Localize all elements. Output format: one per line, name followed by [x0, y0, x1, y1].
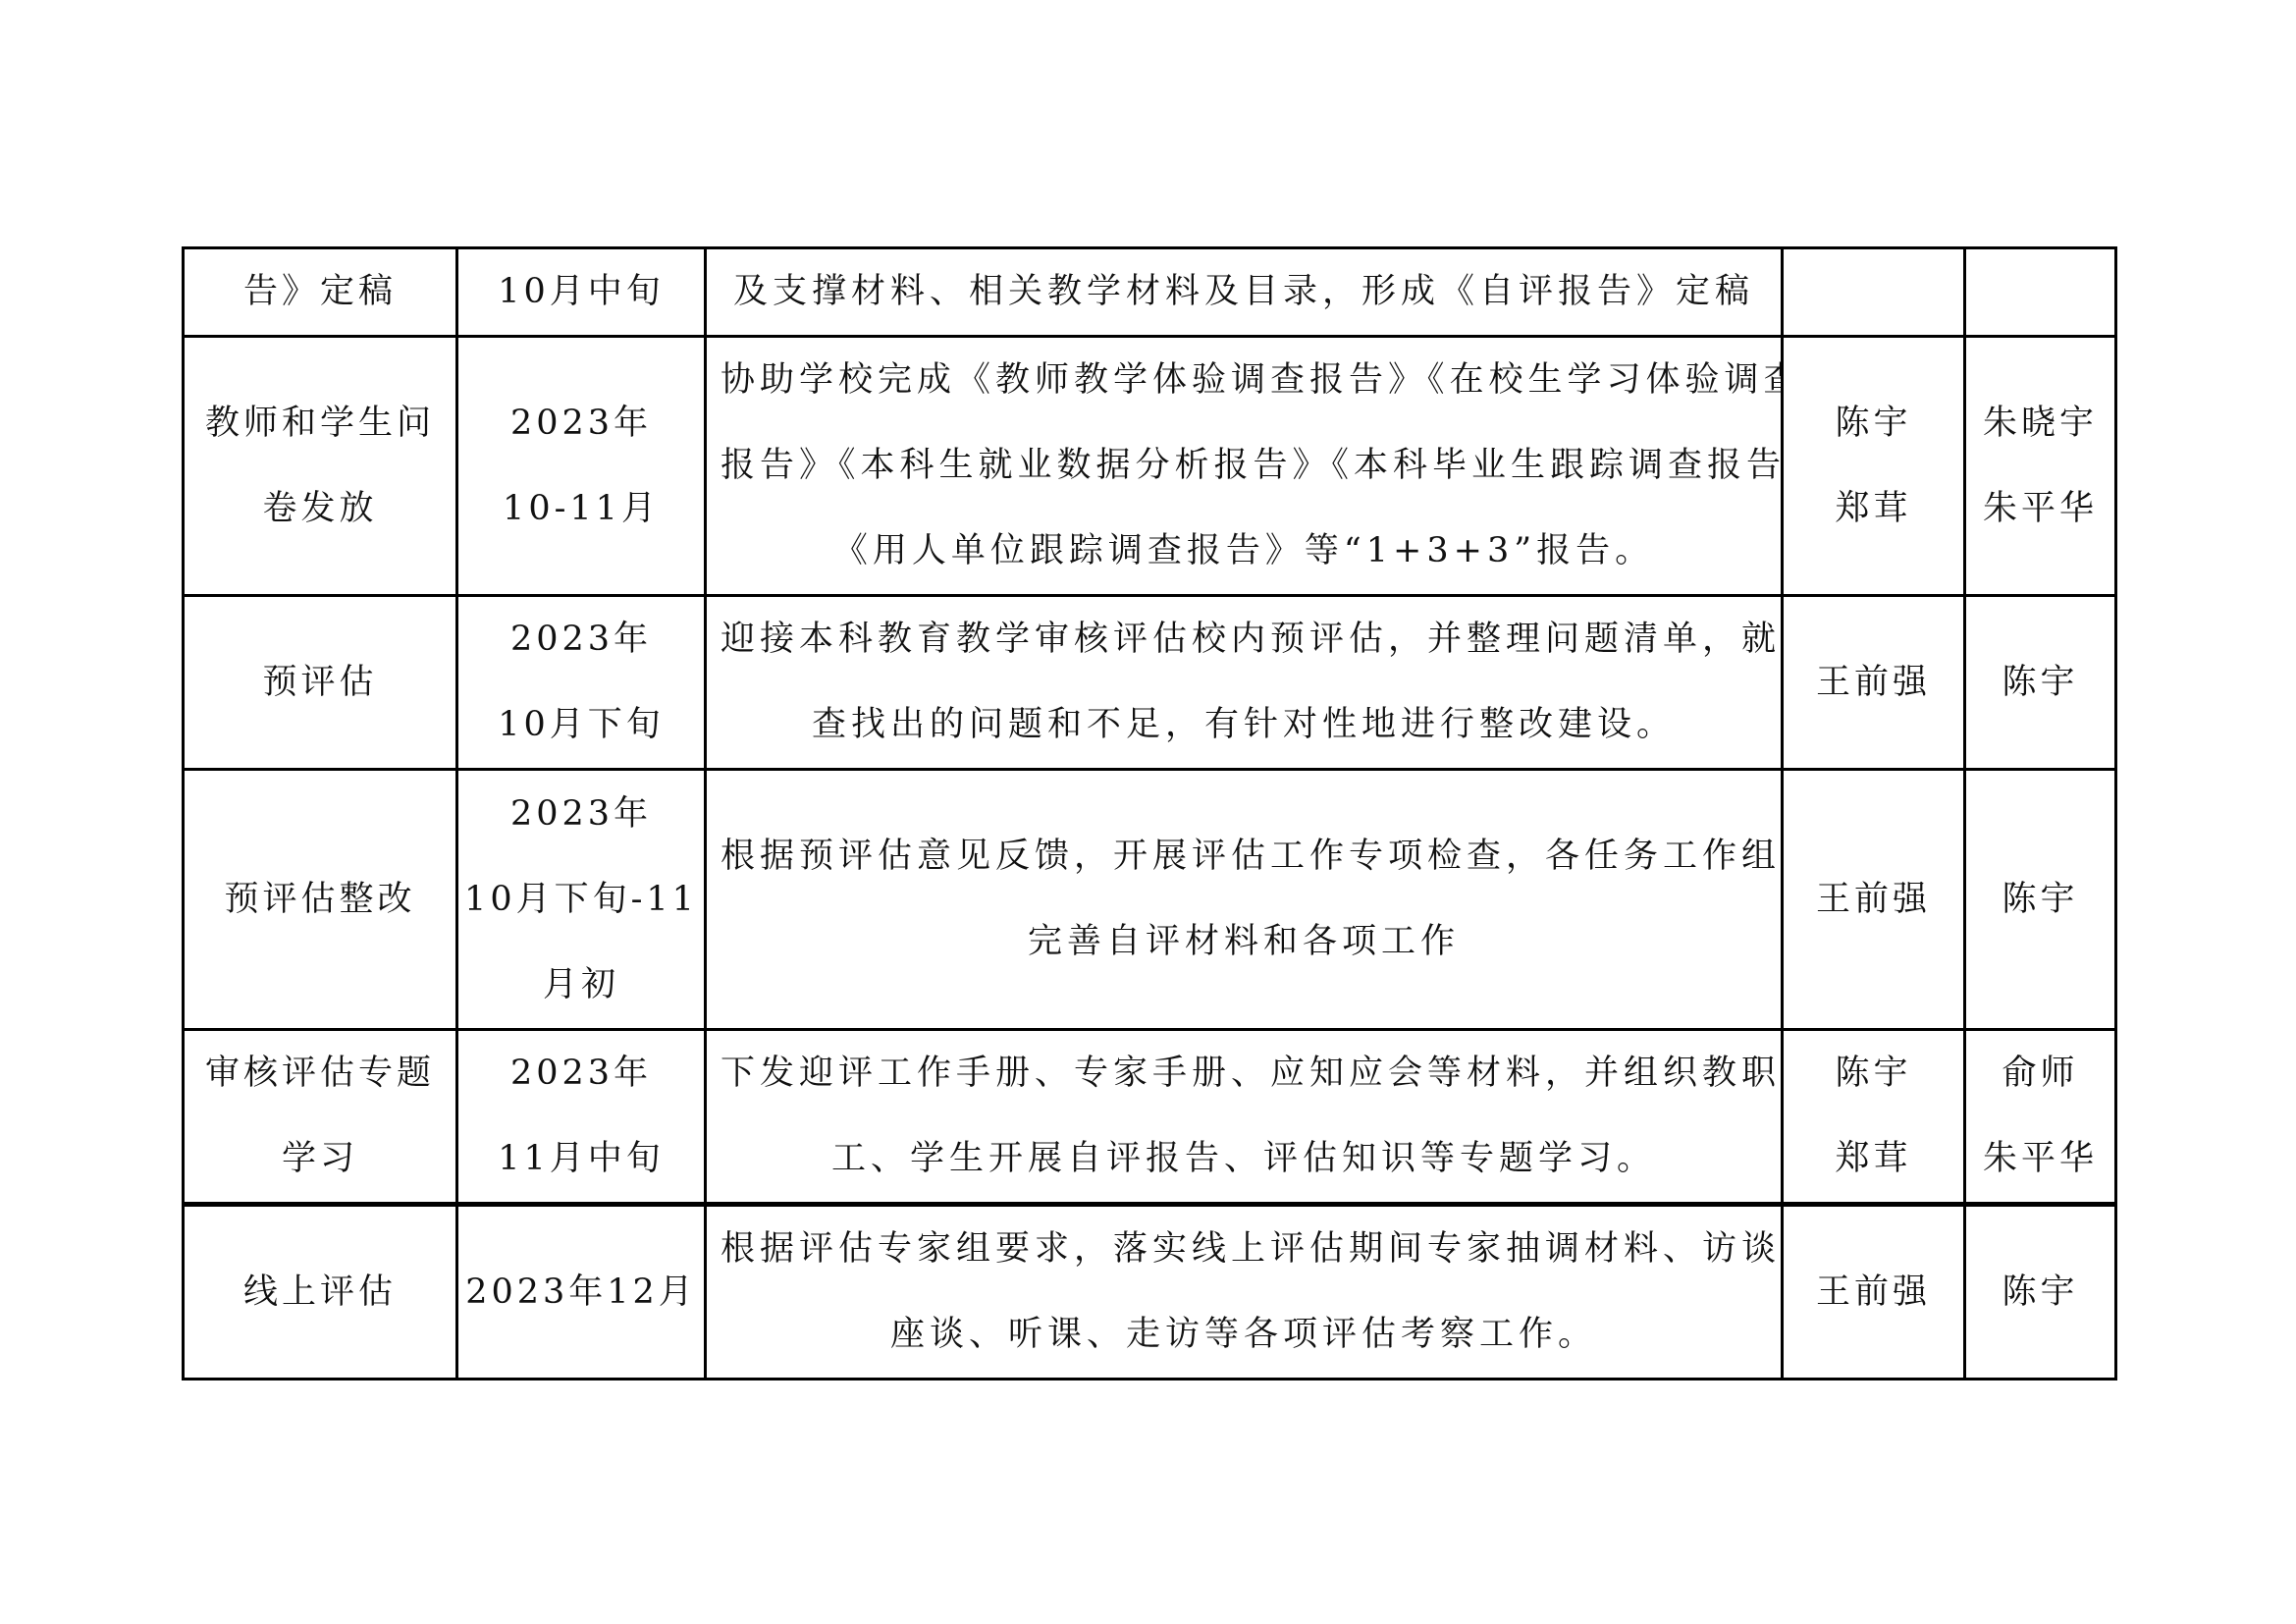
- supervisor-cell: 陈宇: [1965, 1205, 2116, 1380]
- description-text: 根据预评估意见反馈，开展评估工作专项检查，各任务工作组: [721, 814, 1767, 899]
- lead-name: 郑茸: [1789, 1116, 1957, 1202]
- schedule-table: 告》定稿 10月中旬 及支撑材料、相关教学材料及目录，形成《自评报告》定稿 教师…: [182, 246, 2117, 1380]
- lead-name: 陈宇: [1789, 381, 1957, 466]
- table-row: 审核评估专题 学习 2023年 11月中旬 下发迎评工作手册、专家手册、应知应会…: [184, 1030, 2116, 1205]
- supervisor-name: 朱晓宇: [1972, 381, 2109, 466]
- description-text: 协助学校完成《教师教学体验调查报告》《在校生学习体验调查: [721, 338, 1767, 423]
- task-cell: 审核评估专题 学习: [184, 1030, 457, 1205]
- task-text: 告》定稿: [190, 249, 450, 335]
- task-text: 预评估整改: [190, 857, 450, 943]
- time-text: 10月中旬: [464, 249, 698, 335]
- supervisor-name: 朱平华: [1972, 466, 2109, 552]
- time-text: 10-11月: [464, 466, 698, 552]
- task-cell: 告》定稿: [184, 248, 457, 337]
- lead-name: 陈宇: [1789, 1031, 1957, 1116]
- lead-name: 王前强: [1789, 857, 1957, 943]
- supervisor-cell: [1965, 248, 2116, 337]
- task-text: 教师和学生问: [190, 381, 450, 466]
- lead-name: 王前强: [1789, 1250, 1957, 1335]
- task-cell: 预评估: [184, 596, 457, 770]
- time-text: 月初: [464, 943, 698, 1028]
- table-row: 线上评估 2023年12月 根据评估专家组要求，落实线上评估期间专家抽调材料、访…: [184, 1205, 2116, 1380]
- task-cell: 预评估整改: [184, 770, 457, 1030]
- description-cell: 迎接本科教育教学审核评估校内预评估，并整理问题清单，就 查找出的问题和不足，有针…: [706, 596, 1783, 770]
- lead-cell: 陈宇 郑茸: [1783, 1030, 1965, 1205]
- description-text: 座谈、听课、走访等各项评估考察工作。: [721, 1292, 1767, 1378]
- time-cell: 10月中旬: [457, 248, 706, 337]
- task-text: 审核评估专题: [190, 1031, 450, 1116]
- time-text: 2023年: [464, 381, 698, 466]
- description-cell: 根据评估专家组要求，落实线上评估期间专家抽调材料、访谈 座谈、听课、走访等各项评…: [706, 1205, 1783, 1380]
- description-text: 下发迎评工作手册、专家手册、应知应会等材料，并组织教职: [721, 1031, 1767, 1116]
- lead-cell: 陈宇 郑茸: [1783, 337, 1965, 596]
- time-text: 2023年12月: [464, 1250, 698, 1335]
- time-cell: 2023年 10月下旬-11 月初: [457, 770, 706, 1030]
- supervisor-cell: 朱晓宇 朱平华: [1965, 337, 2116, 596]
- lead-name: 王前强: [1789, 640, 1957, 726]
- lead-name: 郑茸: [1789, 466, 1957, 552]
- supervisor-cell: 陈宇: [1965, 770, 2116, 1030]
- supervisor-cell: 俞师 朱平华: [1965, 1030, 2116, 1205]
- supervisor-name: 陈宇: [1972, 1250, 2109, 1335]
- table-row: 预评估整改 2023年 10月下旬-11 月初 根据预评估意见反馈，开展评估工作…: [184, 770, 2116, 1030]
- task-text: 学习: [190, 1116, 450, 1202]
- supervisor-cell: 陈宇: [1965, 596, 2116, 770]
- time-text: 2023年: [464, 1031, 698, 1116]
- time-text: 10月下旬: [464, 682, 698, 768]
- description-cell: 根据预评估意见反馈，开展评估工作专项检查，各任务工作组 完善自评材料和各项工作: [706, 770, 1783, 1030]
- supervisor-name: 俞师: [1972, 1031, 2109, 1116]
- document-page: 告》定稿 10月中旬 及支撑材料、相关教学材料及目录，形成《自评报告》定稿 教师…: [0, 0, 2296, 1624]
- time-text: 2023年: [464, 772, 698, 857]
- description-cell: 下发迎评工作手册、专家手册、应知应会等材料，并组织教职 工、学生开展自评报告、评…: [706, 1030, 1783, 1205]
- lead-cell: 王前强: [1783, 1205, 1965, 1380]
- description-text: 《用人单位跟踪调查报告》等“1+3+3”报告。: [721, 509, 1767, 594]
- time-text: 10月下旬-11: [464, 857, 698, 943]
- time-cell: 2023年 10月下旬: [457, 596, 706, 770]
- supervisor-name: 陈宇: [1972, 857, 2109, 943]
- supervisor-name: 陈宇: [1972, 640, 2109, 726]
- description-cell: 协助学校完成《教师教学体验调查报告》《在校生学习体验调查 报告》《本科生就业数据…: [706, 337, 1783, 596]
- time-cell: 2023年12月: [457, 1205, 706, 1380]
- lead-cell: 王前强: [1783, 770, 1965, 1030]
- lead-cell: [1783, 248, 1965, 337]
- table-row: 告》定稿 10月中旬 及支撑材料、相关教学材料及目录，形成《自评报告》定稿: [184, 248, 2116, 337]
- description-text: 迎接本科教育教学审核评估校内预评估，并整理问题清单，就: [721, 597, 1767, 682]
- table-row: 教师和学生问 卷发放 2023年 10-11月 协助学校完成《教师教学体验调查报…: [184, 337, 2116, 596]
- task-cell: 教师和学生问 卷发放: [184, 337, 457, 596]
- task-text: 卷发放: [190, 466, 450, 552]
- description-text: 工、学生开展自评报告、评估知识等专题学习。: [721, 1116, 1767, 1202]
- supervisor-name: 朱平华: [1972, 1116, 2109, 1202]
- time-text: 11月中旬: [464, 1116, 698, 1202]
- description-text: 根据评估专家组要求，落实线上评估期间专家抽调材料、访谈: [721, 1207, 1767, 1292]
- task-cell: 线上评估: [184, 1205, 457, 1380]
- description-text: 报告》《本科生就业数据分析报告》《本科毕业生跟踪调查报告》: [721, 423, 1767, 509]
- time-cell: 2023年 11月中旬: [457, 1030, 706, 1205]
- task-text: 预评估: [190, 640, 450, 726]
- description-text: 及支撑材料、相关教学材料及目录，形成《自评报告》定稿: [721, 249, 1767, 335]
- time-cell: 2023年 10-11月: [457, 337, 706, 596]
- description-text: 完善自评材料和各项工作: [721, 899, 1767, 985]
- task-text: 线上评估: [190, 1250, 450, 1335]
- time-text: 2023年: [464, 597, 698, 682]
- description-text: 查找出的问题和不足，有针对性地进行整改建设。: [721, 682, 1767, 768]
- lead-cell: 王前强: [1783, 596, 1965, 770]
- table-row: 预评估 2023年 10月下旬 迎接本科教育教学审核评估校内预评估，并整理问题清…: [184, 596, 2116, 770]
- description-cell: 及支撑材料、相关教学材料及目录，形成《自评报告》定稿: [706, 248, 1783, 337]
